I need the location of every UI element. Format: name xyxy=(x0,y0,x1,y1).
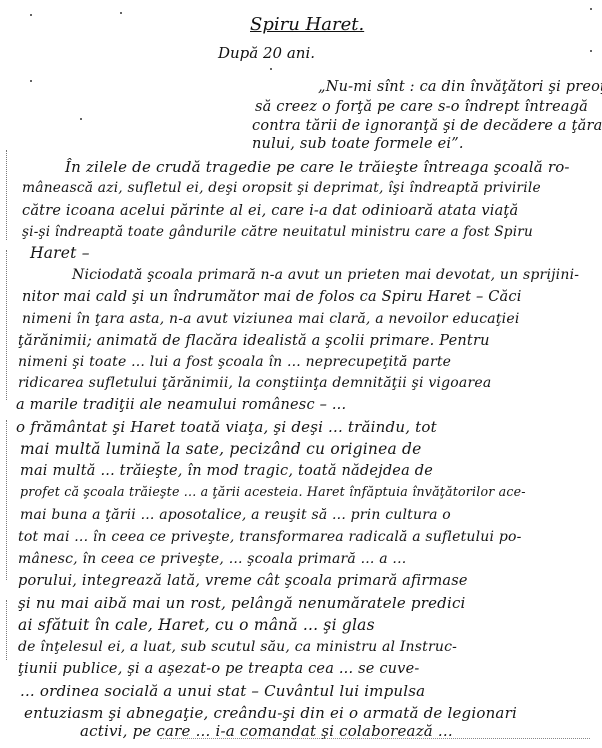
scan-speck xyxy=(590,50,592,52)
body-line: şi-şi îndreaptă toate gândurile către ne… xyxy=(22,226,533,240)
body-line: ... ordinea socială a unui stat – Cuvânt… xyxy=(20,684,425,699)
body-line: mânesc, în ceea ce priveşte, ... şcoala … xyxy=(18,552,406,566)
body-line: Niciodată şcoala primară n-a avut un pri… xyxy=(72,268,579,282)
body-line: ţiunii publice, şi a aşezat-o pe treapta… xyxy=(18,662,419,677)
scan-speck xyxy=(30,80,32,82)
epigraph-line: să creez o forţă pe care s-o îndrept înt… xyxy=(255,100,588,115)
scan-speck xyxy=(80,118,82,120)
body-line: ai sfătuit în cale, Haret, cu o mână ...… xyxy=(18,618,375,634)
body-line: tot mai ... în ceea ce priveşte, transfo… xyxy=(18,530,522,544)
body-line: nitor mai cald şi un îndrumător mai de f… xyxy=(22,290,522,305)
body-line: Haret – xyxy=(30,246,90,262)
body-line: o frământat şi Haret toată viaţa, şi deş… xyxy=(16,420,437,435)
body-line: de înţelesul ei, a luat, sub scutul său,… xyxy=(18,640,457,654)
body-line: nimeni şi toate ... lui a fost şcoala în… xyxy=(18,355,451,369)
scan-margin-artifact xyxy=(6,250,9,400)
epigraph-line: contra tării de ignoranţă şi de decădere… xyxy=(252,119,602,134)
epigraph-line: „Nu-mi sînt : ca din învăţători şi preoţ… xyxy=(318,80,602,95)
manuscript-page: Spiru Haret. După 20 ani. „Nu-mi sînt : … xyxy=(0,0,602,748)
body-line: ţărănimii; animată de flacăra idealistă … xyxy=(18,334,490,349)
scan-margin-artifact xyxy=(6,150,9,240)
body-line: ridicarea sufletului ţărănimii, la conşt… xyxy=(18,376,491,390)
scan-speck xyxy=(590,8,592,10)
document-subtitle: După 20 ani. xyxy=(218,44,315,62)
scan-speck xyxy=(30,14,32,16)
scan-speck xyxy=(270,68,272,70)
scan-speck xyxy=(120,12,122,14)
scan-bottom-artifact xyxy=(160,738,590,739)
document-title: Spiru Haret. xyxy=(250,14,364,35)
epigraph-line: nului, sub toate formele ei”. xyxy=(252,137,464,152)
body-line: nimeni în ţara asta, n-a avut viziunea m… xyxy=(22,312,520,326)
body-line: mai multă ... trăieşte, în mod tragic, t… xyxy=(20,464,433,479)
body-line: către icoana acelui părinte al ei, care … xyxy=(22,204,518,219)
body-line: porului, integrează lată, vreme cât şcoa… xyxy=(18,574,468,589)
body-line: a marile tradiţii ale neamului românesc … xyxy=(16,398,346,413)
body-line: şi nu mai aibă mai un rost, pelângă nenu… xyxy=(18,596,466,611)
body-line: profet că şcoala trăieşte ... a ţării ac… xyxy=(20,486,526,499)
body-line: entuziasm şi abnegaţie, creându-şi din e… xyxy=(24,706,517,721)
scan-margin-artifact xyxy=(6,420,9,580)
body-line: mai multă lumină la sate, pecizând cu or… xyxy=(20,442,422,458)
body-line: mânească azi, sufletul ei, deşi oropsit … xyxy=(22,182,541,196)
body-line: mai buna a ţării ... aposotalice, a reuş… xyxy=(20,508,451,522)
scan-margin-artifact xyxy=(6,600,9,660)
body-line: În zilele de crudă tragedie pe care le t… xyxy=(65,160,570,175)
body-line: activi, pe care ... i-a comandat şi cola… xyxy=(80,724,453,739)
